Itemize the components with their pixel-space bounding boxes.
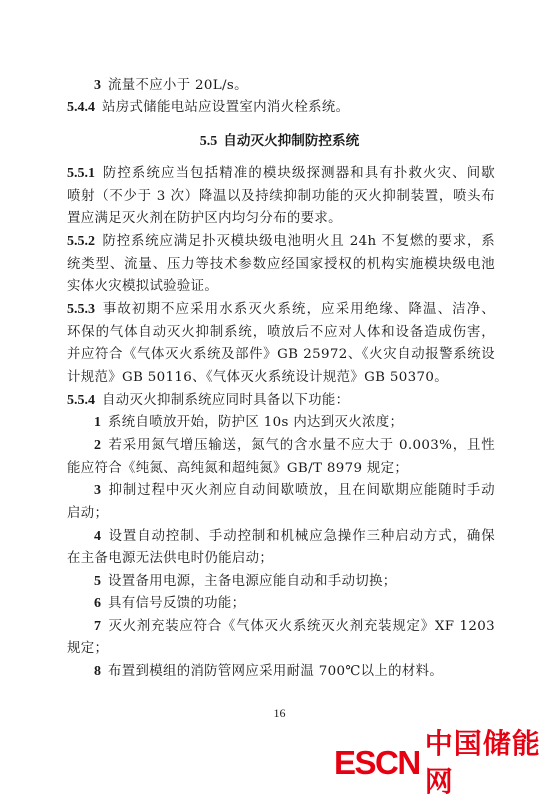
- clause-text: 事故初期不应采用水系灭火系统，应采用绝缘、降温、洁净、: [102, 302, 495, 317]
- item-number: 7: [94, 619, 101, 634]
- document-page: 3流量不应小于 20L/s。 5.4.4站房式储能电站应设置室内消火栓系统。 5…: [0, 0, 559, 794]
- item-text: 具有信号反馈的功能；: [108, 596, 245, 611]
- clause-text: 防控系统应当包括精准的模块级探测器和具有扑救火灾、间歇: [102, 166, 495, 181]
- section-heading: 5.5自动灭火抑制防控系统: [0, 130, 559, 153]
- item-number: 1: [94, 415, 101, 430]
- item-text: 布置到模组的消防管网应采用耐温 700℃以上的材料。: [108, 664, 443, 679]
- escn-watermark-logo: ESCN 中国储能网: [334, 744, 559, 782]
- item-text: 灭火剂充装应符合《气体灭火系统灭火剂充装规定》XF 1203: [108, 619, 495, 634]
- item-text: 系统自喷放开始，防护区 10s 内达到灭火浓度；: [108, 415, 403, 430]
- item-number: 5: [94, 574, 101, 589]
- item-number: 4: [94, 529, 101, 544]
- clause-5-5-1: 5.5.1防控系统应当包括精准的模块级探测器和具有扑救火灾、间歇: [67, 163, 495, 186]
- clause-number: 5.4.4: [67, 100, 95, 115]
- page-number: 16: [0, 706, 559, 721]
- item-text: 流量不应小于 20L/s。: [108, 78, 248, 93]
- clause-text-line: 置应满足灭火剂在防护区内均匀分布的要求。: [67, 208, 495, 231]
- item-text-line: 在主备电源无法供电时仍能启动；: [67, 548, 495, 571]
- item-text: 若采用氮气增压输送，氮气的含水量不应大于 0.003%，且性: [108, 438, 495, 453]
- clause-text: 自动灭火抑制系统应同时具备以下功能：: [102, 393, 349, 408]
- clause-number: 5.5.4: [67, 393, 95, 408]
- clause-5-5-2: 5.5.2防控系统应满足扑灭模块级电池明火且 24h 不复燃的要求，系: [67, 231, 495, 254]
- clause-text-line: 统类型、流量、压力等技术参数应经国家授权的机构实施模块级电池: [67, 254, 495, 277]
- clause-text-line: 实体火灾模拟试验验证。: [67, 276, 495, 299]
- item-number: 3: [94, 78, 101, 93]
- clause-5-4-4: 5.4.4站房式储能电站应设置室内消火栓系统。: [67, 97, 495, 120]
- clause-text-line: 喷射（不少于 3 次）降温以及持续抑制功能的灭火抑制装置，喷头布: [67, 186, 495, 209]
- item-number: 8: [94, 664, 101, 679]
- list-item: 8布置到模组的消防管网应采用耐温 700℃以上的材料。: [94, 661, 495, 684]
- clause-text: 防控系统应满足扑灭模块级电池明火且 24h 不复燃的要求，系: [102, 234, 495, 249]
- item-number: 6: [94, 596, 101, 611]
- item-text: 设置自动控制、手动控制和机械应急操作三种启动方式，确保: [108, 529, 495, 544]
- list-item: 3流量不应小于 20L/s。: [94, 75, 495, 98]
- logo-en-text: ESCN: [334, 744, 420, 782]
- list-item: 5设置备用电源，主备电源应能自动和手动切换；: [94, 571, 495, 594]
- clause-text: 站房式储能电站应设置室内消火栓系统。: [102, 100, 349, 115]
- item-text: 抑制过程中灭火剂应自动间歇喷放，且在间歇期应能随时手动: [108, 483, 495, 498]
- item-text-line: 能应符合《纯氮、高纯氮和超纯氮》GB/T 8979 规定；: [67, 458, 495, 481]
- section-number: 5.5: [200, 134, 218, 149]
- section-title: 自动灭火抑制防控系统: [223, 133, 359, 149]
- clause-text-line: 并应符合《气体灭火系统及部件》GB 25972、《火灾自动报警系统设: [67, 344, 495, 367]
- item-number: 2: [94, 438, 101, 453]
- list-item: 6具有信号反馈的功能；: [94, 593, 495, 616]
- list-item: 2若采用氮气增压输送，氮气的含水量不应大于 0.003%，且性: [94, 435, 495, 458]
- clause-5-5-4: 5.5.4自动灭火抑制系统应同时具备以下功能：: [67, 390, 495, 413]
- item-number: 3: [94, 483, 101, 498]
- clause-number: 5.5.2: [67, 234, 95, 249]
- clause-text-line: 环保的气体自动灭火抑制系统，喷放后不应对人体和设备造成伤害，: [67, 322, 495, 345]
- clause-text-line: 计规范》GB 50116、《气体灭火系统设计规范》GB 50370。: [67, 367, 495, 390]
- item-text-line: 启动；: [67, 503, 495, 526]
- list-item: 4设置自动控制、手动控制和机械应急操作三种启动方式，确保: [94, 526, 495, 549]
- item-text: 设置备用电源，主备电源应能自动和手动切换；: [108, 574, 397, 589]
- list-item: 3抑制过程中灭火剂应自动间歇喷放，且在间歇期应能随时手动: [94, 480, 495, 503]
- clause-number: 5.5.3: [67, 302, 95, 317]
- list-item: 7灭火剂充装应符合《气体灭火系统灭火剂充装规定》XF 1203: [94, 616, 495, 639]
- clause-5-5-3: 5.5.3事故初期不应采用水系灭火系统，应采用绝缘、降温、洁净、: [67, 299, 495, 322]
- logo-cn-text: 中国储能网: [425, 725, 559, 794]
- list-item: 1系统自喷放开始，防护区 10s 内达到灭火浓度；: [94, 412, 495, 435]
- item-text-line: 规定；: [67, 638, 495, 661]
- clause-number: 5.5.1: [67, 166, 95, 181]
